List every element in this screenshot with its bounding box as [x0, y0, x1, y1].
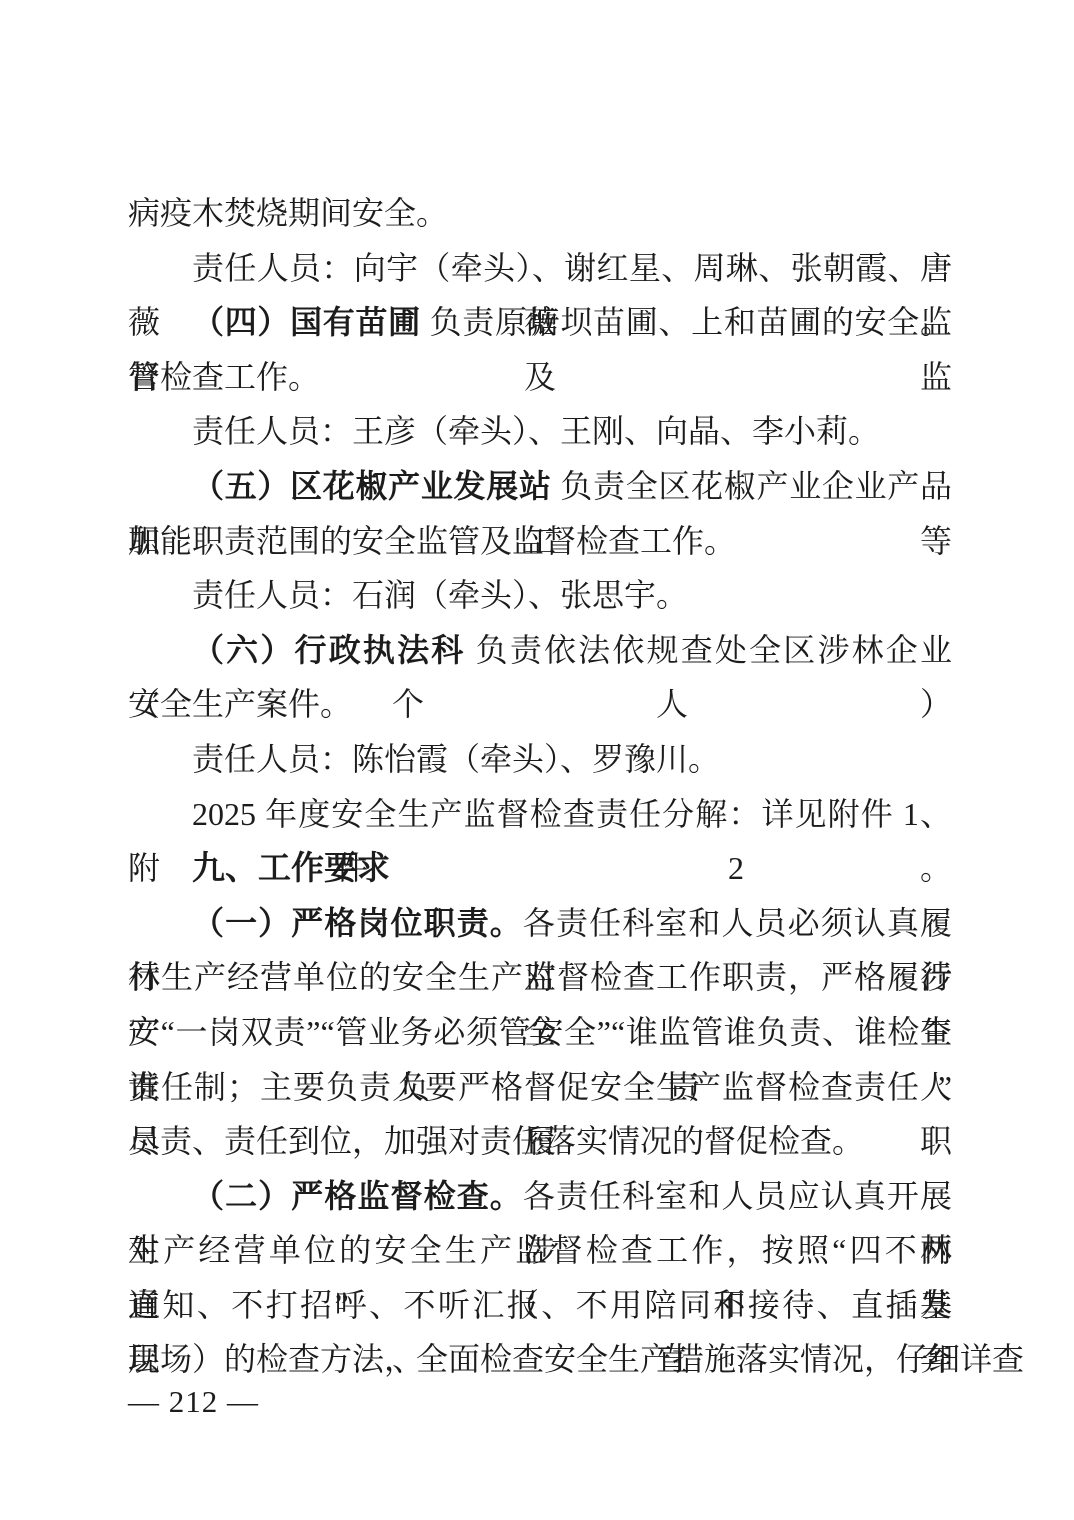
text-segment: 安全生产案件。	[128, 686, 352, 722]
document-body: 病疫木焚烧期间安全。责任人员：向宇（牵头）、谢红星、周琳、张朝霞、唐薇薇。（四）…	[128, 186, 952, 1387]
heading-segment: （二）严格监督检查。	[192, 1178, 523, 1214]
text-line: 现场）的检查方法，全面检查安全生产措施落实情况，仔细详查	[128, 1332, 952, 1387]
text-line: 责任人员：向宇（牵头）、谢红星、周琳、张朝霞、唐薇薇。	[128, 241, 952, 296]
heading-segment: （六）行政执法科	[192, 632, 465, 668]
text-segment: 责任人员：陈怡霞（牵头）、罗豫川。	[192, 741, 720, 777]
text-line: （五）区花椒产业发展站 负责全区花椒产业企业产品加工等	[128, 459, 952, 514]
text-line: 责任人员：石润（牵头）、张思宇。	[128, 568, 952, 623]
text-segment: 现场）的检查方法，全面检查安全生产措施落实情况，仔细详查	[128, 1341, 1024, 1377]
heading-segment: 九、工作要求	[192, 849, 390, 886]
text-segment: 责任人员：石润（牵头）、张思宇。	[192, 577, 688, 613]
text-segment: 尽责、责任到位，加强对责任落实情况的督促检查。	[128, 1123, 864, 1159]
text-line: 病疫木焚烧期间安全。	[128, 186, 952, 241]
text-line: （六）行政执法科 负责依法依规查处全区涉林企业（个人）	[128, 623, 952, 678]
text-segment: 职能职责范围的安全监管及监督检查工作。	[128, 523, 736, 559]
text-line: （一）严格岗位职责。各责任科室和人员必须认真履行对涉	[128, 896, 952, 951]
text-line: （二）严格监督检查。各责任科室和人员应认真开展对涉林	[128, 1169, 952, 1224]
text-line: 生产经营单位的安全生产监督检查工作，按照“四不两直”（不发	[128, 1223, 952, 1278]
text-line: 尽责、责任到位，加强对责任落实情况的督促检查。	[128, 1114, 952, 1169]
heading-segment: （一）严格岗位职责。	[192, 905, 523, 941]
page-number: — 212 —	[128, 1382, 259, 1422]
text-line: 责任人员：王彦（牵头）、王刚、向晶、李小莉。	[128, 404, 952, 459]
text-line: 2025 年度安全生产监督检查责任分解：详见附件 1、附件 2。	[128, 787, 952, 842]
heading-segment: （四）国有苗圃	[192, 304, 421, 340]
text-segment: 督检查工作。	[128, 359, 320, 395]
text-line: 林生产经营单位的安全生产监督检查工作职责，严格履行安全生	[128, 950, 952, 1005]
text-line: 责任制；主要负责人要严格督促安全生产监督检查责任人员履职	[128, 1060, 952, 1115]
heading-segment: （五）区花椒产业发展站	[192, 468, 552, 504]
text-line: 产“一岗双责”“管业务必须管安全”“谁监管谁负责、谁检查谁负责”	[128, 1005, 952, 1060]
text-segment: 病疫木焚烧期间安全。	[128, 195, 448, 231]
text-line: （四）国有苗圃 负责原塘坝苗圃、上和苗圃的安全监管及监	[128, 295, 952, 350]
text-line: 通知、不打招呼、不听汇报、不用陪同和接待、直插基层、直奔	[128, 1278, 952, 1333]
text-segment: 责任人员：王彦（牵头）、王刚、向晶、李小莉。	[192, 413, 880, 449]
text-line: 责任人员：陈怡霞（牵头）、罗豫川。	[128, 732, 952, 787]
document-page: 病疫木焚烧期间安全。责任人员：向宇（牵头）、谢红星、周琳、张朝霞、唐薇薇。（四）…	[0, 0, 1074, 1520]
